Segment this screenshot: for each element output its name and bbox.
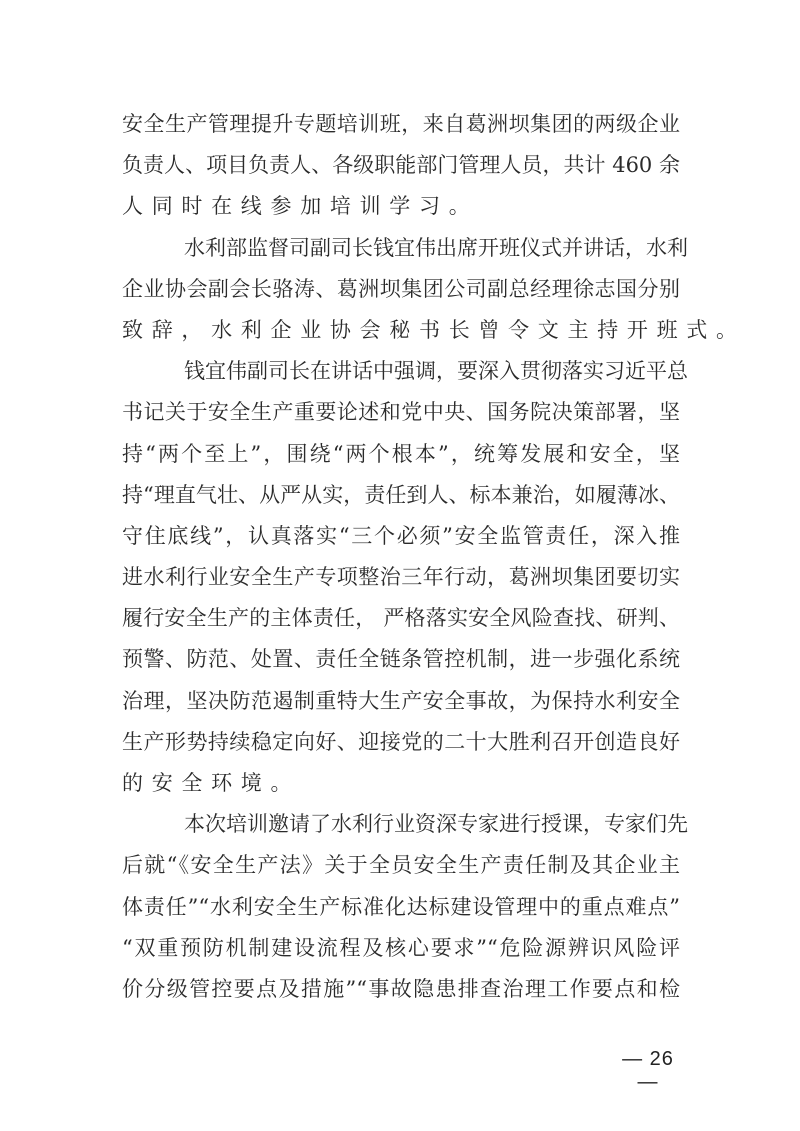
text-line: 企业协会副会长骆涛、葛洲坝集团公司副总经理徐志国分别 [122,269,680,310]
text-line: 钱宜伟副司长在讲话中强调，要深入贯彻落实习近平总 [122,351,680,392]
text-line: 生产形势持续稳定向好、迎接党的二十大胜利召开创造良好 [122,722,680,763]
document-body: 安全生产管理提升专题培训班，来自葛洲坝集团的两级企业 负责人、项目负责人、各级职… [122,104,680,1010]
page-number: — 26 — [612,1048,684,1094]
text-line: 持“两个至上”，围绕“两个根本”，统筹发展和安全，坚 [122,434,680,475]
text-line: 水利部监督司副司长钱宜伟出席开班仪式并讲话，水利 [122,228,680,269]
text-line: 的安全环境。 [122,763,680,804]
text-line: 持“理直气壮、从严从实，责任到人、标本兼治，如履薄冰、 [122,475,680,516]
text-line: 价分级管控要点及措施”“事故隐患排查治理工作要点和检 [122,969,680,1010]
text-line: 治理，坚决防范遏制重特大生产安全事故，为保持水利安全 [122,681,680,722]
text-line: 后就“《安全生产法》关于全员安全生产责任制及其企业主 [122,845,680,886]
paragraph-4: 本次培训邀请了水利行业资深专家进行授课，专家们先 后就“《安全生产法》关于全员安… [122,804,680,1010]
text-line: 履行安全生产的主体责任， 严格落实安全风险查找、研判、 [122,598,680,639]
paragraph-3: 钱宜伟副司长在讲话中强调，要深入贯彻落实习近平总 书记关于安全生产重要论述和党中… [122,351,680,804]
text-line: 人同时在线参加培训学习。 [122,186,680,227]
text-line: 预警、防范、处置、责任全链条管控机制，进一步强化系统 [122,639,680,680]
document-page: 安全生产管理提升专题培训班，来自葛洲坝集团的两级企业 负责人、项目负责人、各级职… [0,0,800,1131]
text-line: 进水利行业安全生产专项整治三年行动，葛洲坝集团要切实 [122,557,680,598]
text-line: “双重预防机制建设流程及核心要求”“危险源辨识风险评 [122,928,680,969]
text-line: 书记关于安全生产重要论述和党中央、国务院决策部署，坚 [122,392,680,433]
text-line: 守住底线”，认真落实“三个必须”安全监管责任，深入推 [122,516,680,557]
text-line: 致辞，水利企业协会秘书长曾令文主持开班式。 [122,310,680,351]
paragraph-1: 安全生产管理提升专题培训班，来自葛洲坝集团的两级企业 负责人、项目负责人、各级职… [122,104,680,228]
text-line: 安全生产管理提升专题培训班，来自葛洲坝集团的两级企业 [122,104,680,145]
text-line: 体责任”“水利安全生产标准化达标建设管理中的重点难点” [122,887,680,928]
text-line: 本次培训邀请了水利行业资深专家进行授课，专家们先 [122,804,680,845]
paragraph-2: 水利部监督司副司长钱宜伟出席开班仪式并讲话，水利 企业协会副会长骆涛、葛洲坝集团… [122,228,680,352]
text-line: 负责人、项目负责人、各级职能部门管理人员，共计 460 余 [122,145,680,186]
